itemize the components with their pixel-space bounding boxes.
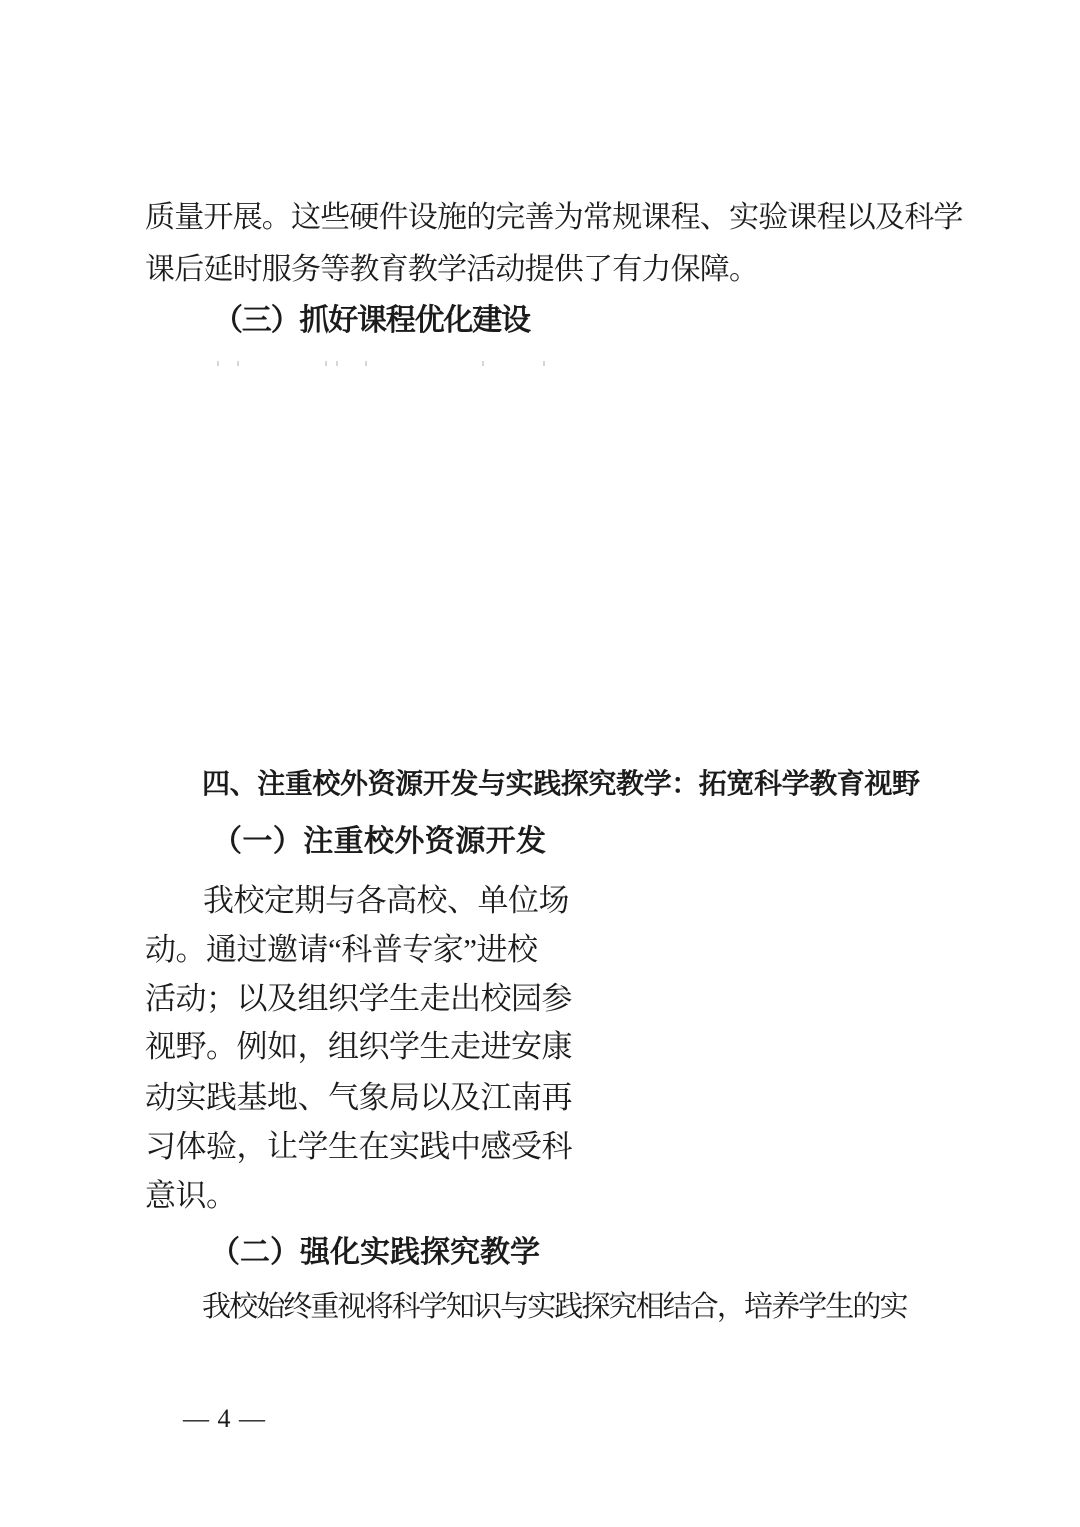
section-heading-4-1: （一）注重校外资源开发 (212, 827, 546, 857)
section-heading-4-2: （二）强化实践探究教学 (210, 1238, 540, 1268)
paragraph-line: 动实践基地、气象局以及江南再 (145, 1082, 572, 1113)
scan-artifact (325, 361, 327, 366)
scan-artifact (482, 361, 484, 366)
scan-artifact (336, 361, 338, 366)
paragraph-line: 我校定期与各高校、单位场 (203, 885, 569, 916)
section-heading-3: （三）抓好课程优化建设 (213, 306, 530, 336)
paragraph-line: 活动；以及组织学生走出校园参 (145, 983, 572, 1014)
scan-artifact (217, 361, 219, 366)
paragraph-line: 质量开展。这些硬件设施的完善为常规课程、实验课程以及科学 (145, 203, 963, 233)
paragraph-line: 课后延时服务等教育教学活动提供了有力保障。 (145, 255, 758, 285)
paragraph-line: 动。通过邀请“科普专家”进校 (145, 934, 538, 965)
scan-artifact (543, 361, 545, 366)
paragraph-line: 视野。例如，组织学生走进安康 (145, 1031, 572, 1062)
scan-artifact (365, 361, 367, 366)
page-number: — 4 — (183, 1406, 266, 1432)
section-heading-4: 四、注重校外资源开发与实践探究教学：拓宽科学教育视野 (202, 770, 920, 798)
document-page: 质量开展。这些硬件设施的完善为常规课程、实验课程以及科学 课后延时服务等教育教学… (0, 0, 1080, 1527)
paragraph-line: 习体验，让学生在实践中感受科 (145, 1131, 572, 1162)
paragraph-line: 我校始终重视将科学知识与实践探究相结合，培养学生的实 (202, 1293, 907, 1322)
paragraph-line: 意识。 (145, 1180, 237, 1211)
scan-artifact (237, 361, 239, 366)
